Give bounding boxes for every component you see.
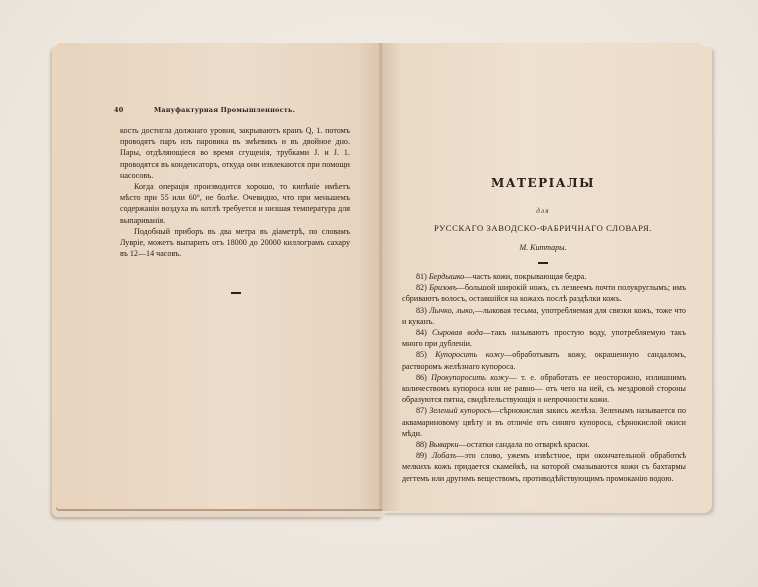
- article-subtitle: РУССКАГО ЗАВОДСКО-ФАБРИЧНАГО СЛОВАРЯ.: [382, 223, 704, 233]
- dictionary-entry: 83) Лычко, лыко,—лыковая тесьма, употреб…: [402, 305, 686, 327]
- entry-term: Зеленый купоросъ: [429, 406, 491, 415]
- dictionary-entry: 82) Бризовъ—большой широкій ножъ, съ лез…: [402, 282, 686, 304]
- left-page: 40 Мануфактурная Промышленность. кость д…: [56, 43, 382, 511]
- entry-term: Прокупоросить кожу: [431, 373, 508, 382]
- dictionary-entry: 85) Купоросить кожу—обработывать кожу, о…: [402, 349, 686, 371]
- dictionary-entry: 81) Бердышко—часть кожи, покрывающая бед…: [402, 271, 686, 282]
- right-page: МАТЕРІАЛЫ для РУССКАГО ЗАВОДСКО-ФАБРИЧНА…: [382, 43, 704, 511]
- running-title: Мануфактурная Промышленность.: [154, 106, 295, 114]
- left-body-text: кость достигла должнаго уровня, закрываю…: [120, 125, 350, 259]
- entry-term: Лычко, лыко: [429, 306, 472, 315]
- entry-term: Сыровая вода: [432, 328, 483, 337]
- dictionary-entry: 89) Лобазъ—это слово, ужемъ извѣстное, п…: [402, 450, 686, 484]
- entry-term: Купоросить кожу: [435, 350, 504, 359]
- dictionary-entry: 87) Зеленый купоросъ—сѣрнокислая закись …: [402, 405, 686, 439]
- dictionary-entry: 84) Сыровая вода—такъ называютъ простую …: [402, 327, 686, 349]
- dictionary-entry: 86) Прокупоросить кожу— т. е. обработать…: [402, 372, 686, 406]
- section-rule: [538, 262, 548, 264]
- article-title: МАТЕРІАЛЫ: [382, 176, 704, 190]
- page-number: 40: [114, 106, 123, 114]
- entry-term: Бризовъ: [429, 283, 457, 292]
- dictionary-entries: 81) Бердышко—часть кожи, покрывающая бед…: [402, 271, 686, 484]
- paragraph: кость достигла должнаго уровня, закрываю…: [120, 125, 350, 181]
- entry-term: Бердышко: [429, 272, 465, 281]
- paragraph: Подобный приборъ въ два метра въ діаметр…: [120, 226, 350, 260]
- entry-definition: —остатки сандала по отваркѣ краски.: [459, 440, 590, 449]
- open-book: 40 Мануфактурная Промышленность. кость д…: [56, 43, 706, 515]
- entry-term: Лобазъ: [432, 451, 457, 460]
- section-rule: [231, 292, 241, 294]
- dictionary-entry: 88) Выварки—остатки сандала по отваркѣ к…: [402, 439, 686, 450]
- title-connector: для: [382, 207, 704, 215]
- entry-term: Выварки: [429, 440, 459, 449]
- paragraph: Когда операція производится хорошо, то к…: [120, 181, 350, 226]
- author: М. Киттары.: [382, 243, 704, 252]
- entry-definition: —часть кожи, покрывающая бедра.: [464, 272, 586, 281]
